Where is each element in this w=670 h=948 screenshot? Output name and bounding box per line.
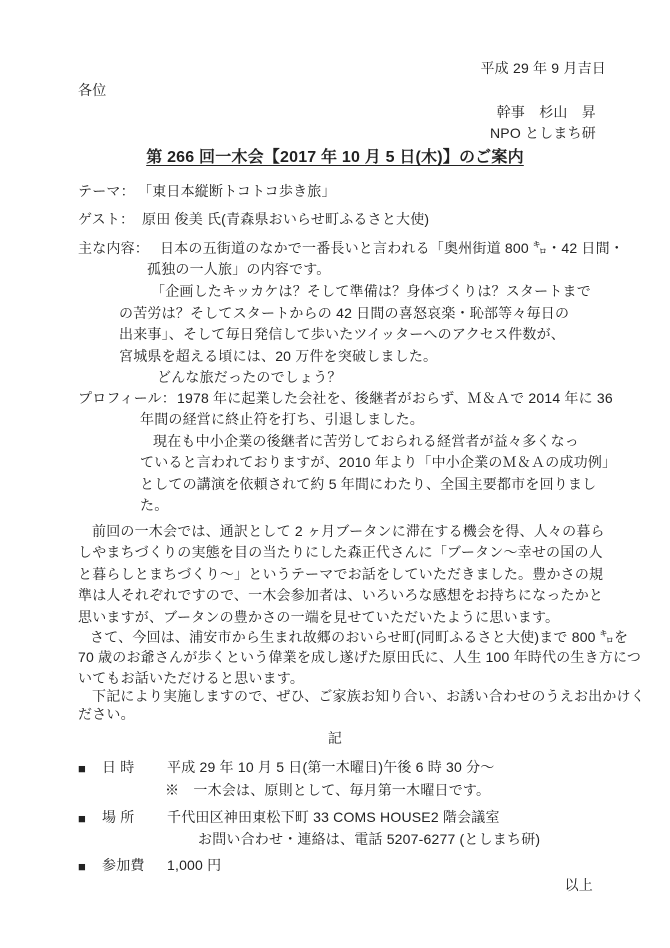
- detail-label-place: 場 所: [102, 809, 135, 826]
- profile-line: た。: [140, 497, 168, 514]
- paragraph-line: 思いますが、ブータンの豊かさの一端を見せていただいたように思います。: [78, 609, 559, 626]
- closing-word: 以上: [0, 877, 593, 894]
- detail-note-datetime: ※ 一木会は、原則として、毎月第一木曜日です。: [165, 782, 490, 799]
- content-line: 日本の五街道のなかで一番長いと言われる「奥州街道 800 ㌔・42 日間・: [160, 240, 624, 257]
- square-bullet-icon: ■: [78, 760, 86, 777]
- paragraph-line: さて、今回は、浦安市から生まれ故郷のおいらせ町(同町ふるさと大使)まで 800 …: [90, 629, 628, 646]
- detail-label-datetime: 日 時: [102, 759, 135, 776]
- addressee: 各位: [78, 82, 106, 99]
- content-line: 孤独の一人旅」の内容です。: [147, 261, 330, 278]
- paragraph-line: 70 歳のお爺さんが歩くという偉業を成し遂げた原田氏に、人生 100 年時代の生…: [78, 649, 641, 666]
- paragraph-line: いてもお話いただけると思います。: [78, 670, 304, 687]
- detail-value-place: 千代田区神田東松下町 33 COMS HOUSE2 階会議室: [167, 809, 500, 826]
- profile-label: プロフィール：: [78, 390, 176, 407]
- sender-name: 幹事 杉山 昇: [0, 104, 596, 121]
- content-line: どんな旅だったのでしょう？: [157, 369, 342, 386]
- detail-label-fee: 参加費: [102, 857, 145, 874]
- detail-note-place: お問い合わせ・連絡は、電話 5207-6277 (としまち研): [198, 831, 540, 848]
- theme-label: テーマ：: [78, 183, 135, 200]
- square-bullet-icon: ■: [78, 858, 86, 875]
- content-label: 主な内容：: [78, 240, 149, 257]
- square-bullet-icon: ■: [78, 810, 86, 827]
- paragraph-line: 準は人それぞれですので、一木会参加者は、いろいろな感想をお持ちになったかと: [78, 587, 603, 604]
- paragraph-line: しやまちづくりの実態を目の当たりにした森正代さんに「ブータン～幸せの国の人: [78, 544, 603, 561]
- notation-ki: 記: [0, 730, 670, 747]
- detail-value-fee: 1,000 円: [167, 857, 221, 874]
- theme-value: 「東日本縦断トコトコ歩き旅」: [138, 183, 336, 200]
- paragraph-line: ださい。: [78, 706, 135, 723]
- profile-line: 1978 年に起業した会社を、後継者がおらず、Ｍ＆Ａで 2014 年に 36: [177, 390, 613, 407]
- content-line: 出来事」、そして毎日発信して歩いたツイッターへのアクセス件数が、: [119, 326, 565, 343]
- paragraph-line: 前回の一木会では、通訳として 2 ヶ月ブータンに滞在する機会を得、人々の暮ら: [92, 523, 605, 540]
- profile-line: 現在も中小企業の後継者に苦労しておられる経営者が益々多くなっ: [153, 433, 579, 450]
- guest-value: 原田 俊美 氏(青森県おいらせ町ふるさと大使): [142, 211, 429, 228]
- content-line: 「企画したキッカケは？そして準備は？身体づくりは？スタートまで: [151, 283, 591, 300]
- paragraph-line: と暮らしとまちづくり～」というテーマでお話をしていただきました。豊かさの規: [78, 566, 603, 583]
- content-line: 宮城県を超える頃には、20 万件を突破しました。: [119, 348, 437, 365]
- profile-line: としての講演を依頼されて約 5 年間にわたり、全国主要都市を回りまし: [140, 476, 596, 493]
- sender-org: NPO としまち研: [0, 125, 596, 142]
- guest-label: ゲスト：: [78, 211, 134, 228]
- profile-line: ていると言われておりますが、2010 年より「中小企業のＭ＆Ａの成功例」: [140, 454, 616, 471]
- content-line: の苦労は？そしてスタートからの 42 日間の喜怒哀楽・恥部等々毎日の: [119, 305, 569, 322]
- detail-value-datetime: 平成 29 年 10 月 5 日(第一木曜日)午後 6 時 30 分～: [167, 759, 495, 776]
- paragraph-line: 下記により実施しますので、ぜひ、ご家族お知り合い、お誘い合わせのうえお出かけく: [92, 688, 645, 705]
- issue-date: 平成 29 年 9 月吉日: [0, 60, 606, 77]
- profile-line: 年間の経営に終止符を打ち、引退しました。: [140, 411, 424, 428]
- document-page: 平成 29 年 9 月吉日 各位 幹事 杉山 昇 NPO としまち研 第 266…: [0, 0, 670, 948]
- document-title: 第 266 回一木会【2017 年 10 月 5 日(木)】のご案内: [0, 149, 670, 166]
